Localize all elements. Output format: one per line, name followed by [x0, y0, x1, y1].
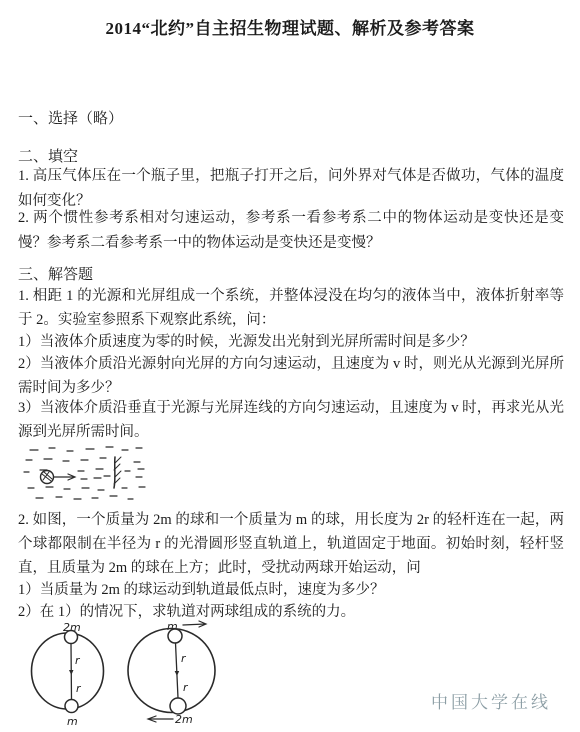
lower-ball	[170, 698, 186, 714]
site-watermark: 中国大学在线	[431, 688, 551, 713]
label-bottom-mass-right: 2m	[175, 713, 193, 726]
section-one-heading: 一、选择（略）	[18, 110, 563, 128]
exam-document-page: 2014“北约”自主招生物理试题、解析及参考答案 一、选择（略） 二、填空 1.…	[0, 0, 580, 732]
lower-ball	[65, 700, 78, 713]
problem-1-sub-3: 3）当液体介质沿垂直于光源与光屏连线的方向匀速运动，且速度为 v 时，再求光从光…	[18, 396, 564, 444]
problem-2-sub-1: 1）当质量为 2m 的球运动到轨道最低点时，速度为多少？	[18, 578, 564, 602]
label-rod-lower-right: r	[183, 681, 189, 694]
rod	[176, 643, 179, 698]
optics-liquid-figure	[18, 438, 148, 508]
upper-ball	[65, 631, 78, 644]
label-bottom-mass-left: m	[67, 715, 78, 728]
circular-track-outline	[32, 633, 104, 709]
section-three-heading: 三、解答题	[18, 266, 563, 284]
screen-icon	[114, 457, 121, 488]
top-velocity-arrow-icon	[183, 624, 205, 625]
light-ray-arrow-icon	[54, 474, 75, 480]
light-source-icon	[41, 471, 54, 484]
rod-direction-arrow-icon	[175, 671, 180, 676]
problem-2-stem: 2. 如图，一个质量为 2m 的球和一个质量为 m 的球，用长度为 2r 的轻杆…	[18, 508, 564, 580]
upper-ball	[168, 629, 182, 643]
problem-1-stem: 1. 相距 1 的光源和光屏组成一个系统，并整体浸没在均匀的液体当中，液体折射率…	[18, 284, 564, 332]
track-initial-state: 2m r r m	[32, 621, 104, 728]
page-title: 2014“北约”自主招生物理试题、解析及参考答案	[0, 14, 580, 39]
problem-1-sub-2: 2）当液体介质沿光源射向光屏的方向匀速运动，且速度为 v 时，则光从光源到光屏所…	[18, 352, 564, 400]
label-rod-upper-left: r	[75, 654, 81, 667]
track-rotated-state: m r r 2m	[128, 620, 215, 726]
label-rod-upper-right: r	[181, 652, 187, 665]
fill-blank-item-2: 2. 两个惯性参考系相对匀速运动，参考系一看参考系二中的物体运动是变快还是变慢？…	[18, 206, 564, 256]
circular-track-figure: 2m r r m m r r 2m	[18, 615, 248, 732]
label-rod-lower-left: r	[76, 682, 82, 695]
rod-direction-arrow-icon	[69, 670, 74, 675]
problem-1-sub-1: 1）当液体介质速度为零的时候，光源发出光射到光屏所需时间是多少？	[18, 330, 564, 354]
